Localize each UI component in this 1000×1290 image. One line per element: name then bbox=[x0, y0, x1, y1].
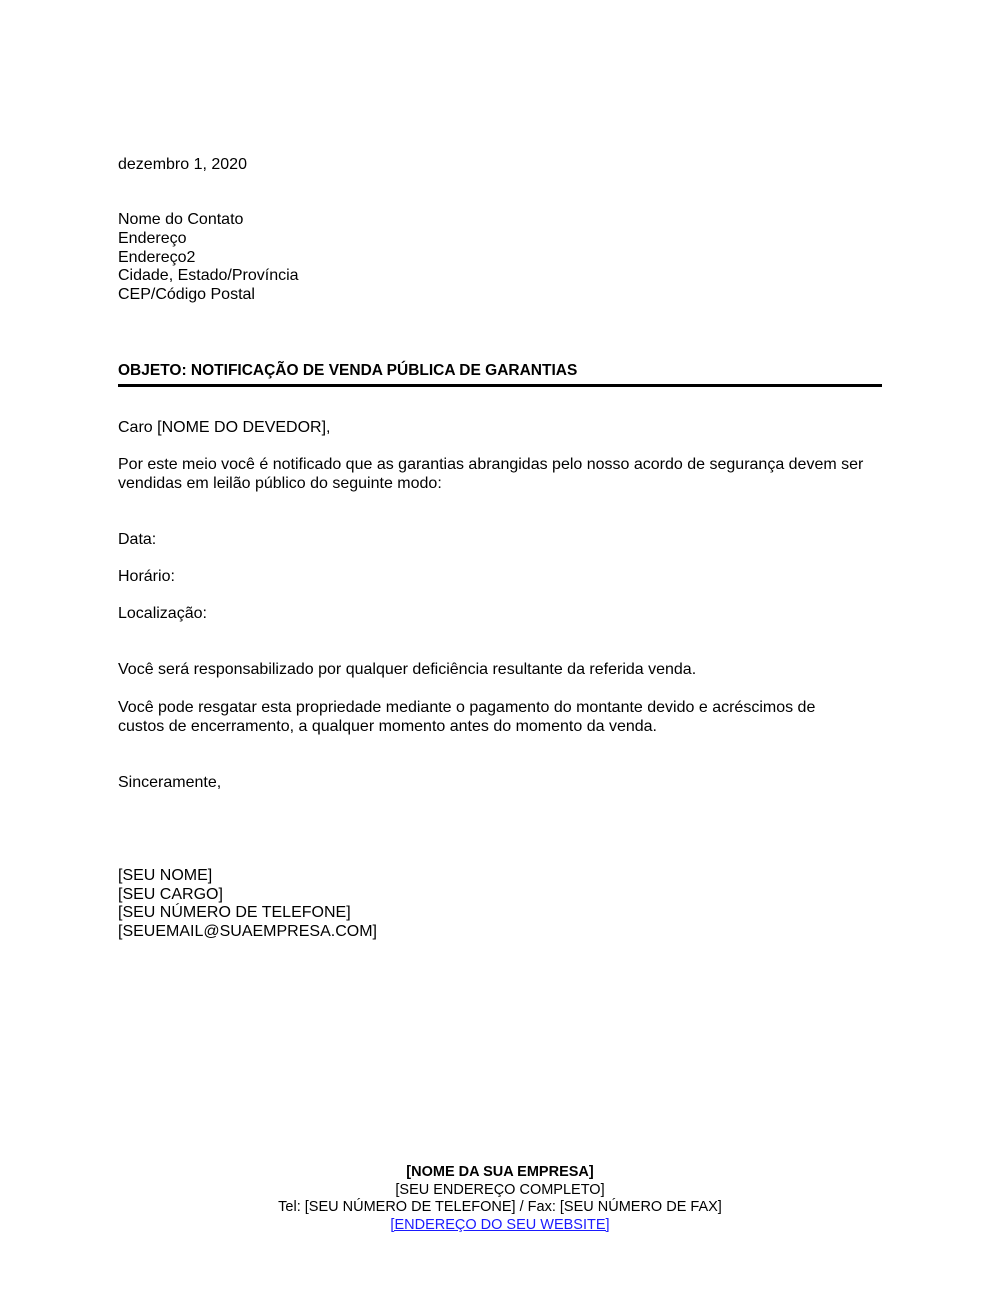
sender-phone: [SEU NÚMERO DE TELEFONE] bbox=[118, 904, 377, 923]
recipient-postal-code: CEP/Código Postal bbox=[118, 286, 299, 305]
letter-page: dezembro 1, 2020 Nome do Contato Endereç… bbox=[0, 0, 1000, 1290]
paragraph-line: Você pode resgatar esta propriedade medi… bbox=[118, 698, 815, 717]
paragraph-line: Por este meio você é notificado que as g… bbox=[118, 455, 863, 474]
closing: Sinceramente, bbox=[118, 773, 221, 792]
recipient-address-line2: Endereço2 bbox=[118, 249, 299, 268]
recipient-address-line1: Endereço bbox=[118, 230, 299, 249]
company-footer: [NOME DA SUA EMPRESA] [SEU ENDEREÇO COMP… bbox=[0, 1164, 1000, 1234]
salutation: Caro [NOME DO DEVEDOR], bbox=[118, 418, 330, 437]
paragraph-liability: Você será responsabilizado por qualquer … bbox=[118, 660, 696, 679]
paragraph-line: custos de encerramento, a qualquer momen… bbox=[118, 717, 815, 736]
sender-title: [SEU CARGO] bbox=[118, 886, 377, 905]
recipient-name: Nome do Contato bbox=[118, 211, 299, 230]
letter-date: dezembro 1, 2020 bbox=[118, 155, 247, 174]
signature-block: [SEU NOME] [SEU CARGO] [SEU NÚMERO DE TE… bbox=[118, 867, 377, 941]
recipient-city-state: Cidade, Estado/Província bbox=[118, 267, 299, 286]
subject-divider bbox=[118, 384, 882, 387]
paragraph-redemption: Você pode resgatar esta propriedade medi… bbox=[118, 698, 815, 736]
subject-line: OBJETO: NOTIFICAÇÃO DE VENDA PÚBLICA DE … bbox=[118, 361, 577, 380]
sale-location-label: Localização: bbox=[118, 604, 207, 623]
sale-date-label: Data: bbox=[118, 530, 156, 549]
sender-email: [SEUEMAIL@SUAEMPRESA.COM] bbox=[118, 923, 377, 942]
sale-time-label: Horário: bbox=[118, 567, 175, 586]
footer-website-link[interactable]: [ENDEREÇO DO SEU WEBSITE] bbox=[390, 1217, 609, 1233]
footer-address: [SEU ENDEREÇO COMPLETO] bbox=[0, 1182, 1000, 1200]
footer-contact: Tel: [SEU NÚMERO DE TELEFONE] / Fax: [SE… bbox=[0, 1199, 1000, 1217]
paragraph-notification: Por este meio você é notificado que as g… bbox=[118, 455, 863, 493]
footer-company-name: [NOME DA SUA EMPRESA] bbox=[0, 1164, 1000, 1182]
sender-name: [SEU NOME] bbox=[118, 867, 377, 886]
paragraph-line: vendidas em leilão público do seguinte m… bbox=[118, 474, 863, 493]
recipient-address-block: Nome do Contato Endereço Endereço2 Cidad… bbox=[118, 211, 299, 305]
